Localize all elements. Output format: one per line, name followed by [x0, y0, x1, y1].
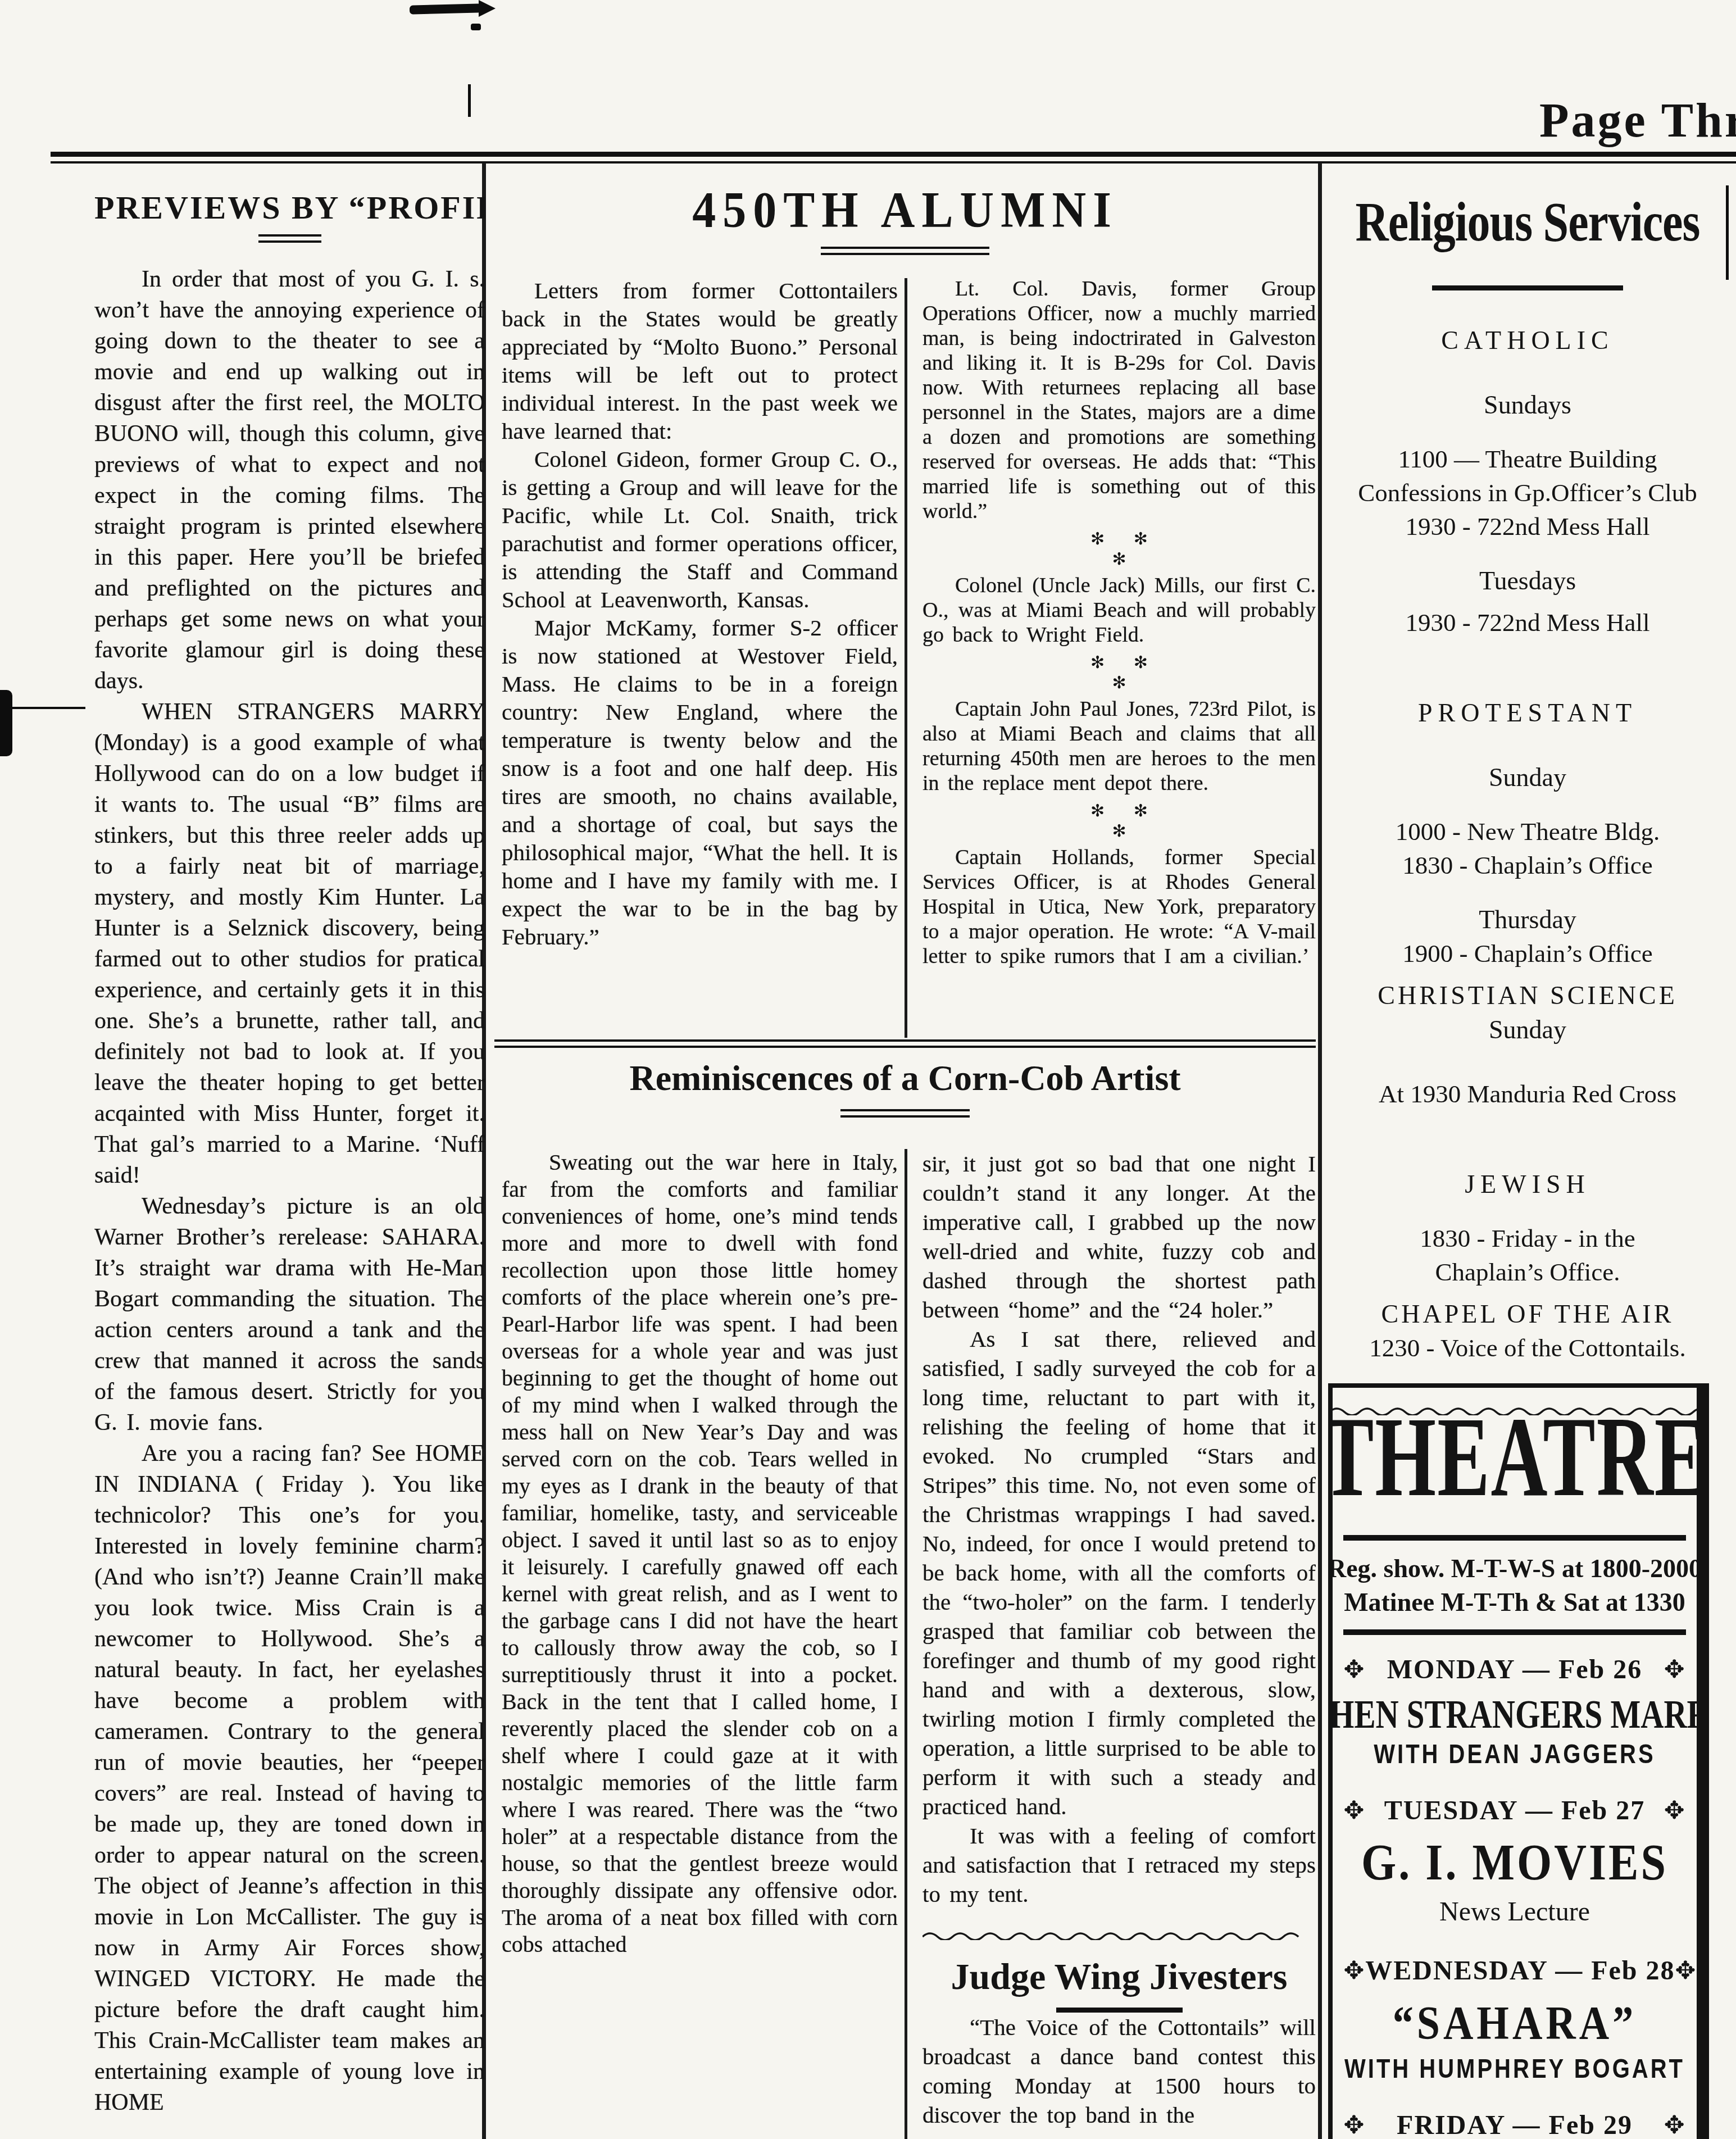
religious-day: Sunday — [1329, 762, 1726, 792]
previews-paragraph: Wednesday’s picture is an old Warner Bro… — [94, 1191, 485, 1438]
show-film: “WHEN STRANGERS MARRY” — [1328, 1692, 1709, 1737]
religious-section-heading: PROTESTANT — [1329, 698, 1726, 728]
show-day-row: ✥ WEDNESDAY — Feb 28 ✥ — [1343, 1955, 1685, 1986]
alumni-paragraph: Captain Hollands, former Special Service… — [922, 845, 1316, 969]
star-separator: ✻ ✻ ✻ — [922, 653, 1316, 693]
previews-title-underline — [258, 234, 321, 243]
judge-paragraph: “The Voice of the Cottontails” will broa… — [922, 2013, 1316, 2129]
alumni-column-left: Letters from former Cottontailers back i… — [502, 276, 898, 1036]
alumni-paragraph: Major McKamy, former S-2 officer is now … — [502, 614, 898, 951]
religious-line: 1830 - Chaplain’s Office — [1329, 851, 1726, 880]
page-number-title: Page Three — [1539, 92, 1736, 148]
show-film: “SAHARA” — [1393, 1996, 1637, 2051]
religious-line: Chaplain’s Office. — [1329, 1257, 1726, 1287]
reminiscences-title: Reminiscences of a Corn-Cob Artist — [494, 1057, 1316, 1099]
religious-day: Tuesdays — [1329, 566, 1726, 596]
religious-section-heading: CATHOLIC — [1329, 325, 1726, 355]
judge-title-underline — [1056, 2008, 1183, 2013]
ink-smudge — [410, 3, 481, 14]
cross-ornament-icon: ✥ — [1343, 2111, 1365, 2139]
ink-speck — [471, 24, 481, 30]
show-day: WEDNESDAY — Feb 28 — [1365, 1955, 1675, 1986]
religious-line: 1930 - 722nd Mess Hall — [1329, 512, 1726, 541]
show-day: FRIDAY — Feb 29 — [1365, 2110, 1664, 2139]
religious-section-heading: CHAPEL OF THE AIR — [1329, 1299, 1726, 1329]
theatre-rule — [1343, 1629, 1685, 1635]
religious-day: Thursday — [1329, 905, 1726, 934]
ink-tick — [468, 84, 471, 117]
reminiscences-paragraph: Sweating out the war here in Italy, far … — [502, 1149, 898, 1958]
religious-line: 1000 - New Theatre Bldg. — [1329, 817, 1726, 846]
alumni-column-right: Lt. Col. Davis, former Group Operations … — [922, 276, 1316, 1036]
show-cast: WITH DEAN JAGGERS — [1374, 1740, 1655, 1770]
theatre-box: THEATRE Reg. show. M-T-W-S at 1800-2000 … — [1328, 1383, 1709, 2139]
alumni-paragraph: Colonel (Uncle Jack) Mills, our first C.… — [922, 573, 1316, 647]
star-single: ✻ — [922, 549, 1316, 570]
header-rule — [51, 152, 1736, 164]
star-separator: ✻ ✻ ✻ — [922, 529, 1316, 570]
show-film: G. I. MOVIES — [1361, 1833, 1668, 1892]
religious-column: Religious Services CATHOLIC Sundays 1100… — [1329, 190, 1726, 1415]
ink-dash-left-margin — [0, 707, 85, 709]
cross-ornament-icon: ✥ — [1664, 2111, 1686, 2139]
star-row: ✻ ✻ — [922, 801, 1316, 821]
religious-line: 1830 - Friday - in the — [1329, 1224, 1726, 1253]
religious-line: 1100 — Theatre Building — [1329, 444, 1726, 474]
religious-line: 1230 - Voice of the Cottontails. — [1329, 1333, 1726, 1363]
alumni-paragraph: Lt. Col. Davis, former Group Operations … — [922, 276, 1316, 524]
alumni-paragraph: Captain John Paul Jones, 723rd Pilot, is… — [922, 697, 1316, 796]
alumni-heading-block: 450TH ALUMNI — [494, 181, 1316, 255]
alumni-paragraph: Colonel Gideon, former Group C. O., is g… — [502, 445, 898, 614]
reminiscences-paragraph: As I sat there, relieved and satisfied, … — [922, 1324, 1316, 1821]
cross-ornament-icon: ✥ — [1343, 1956, 1365, 1985]
reminiscences-paragraph: sir, it just got so bad that one night I… — [922, 1149, 1316, 1324]
wavy-divider — [922, 1931, 1316, 1940]
show-day-row: ✥ TUESDAY — Feb 27 ✥ — [1343, 1795, 1685, 1826]
cross-ornament-icon: ✥ — [1343, 1796, 1365, 1825]
reminiscences-paragraph: It was with a feeling of comfort and sat… — [922, 1821, 1316, 1909]
religious-line: 1900 - Chaplain’s Office — [1329, 939, 1726, 968]
theatre-title: THEATRE — [1328, 1397, 1708, 1519]
religious-line: Confessions in Gp.Officer’s Club — [1329, 478, 1726, 507]
judge-title: Judge Wing Jivesters — [922, 1956, 1316, 1999]
alumni-paragraph: Letters from former Cottontailers back i… — [502, 276, 898, 445]
show-cast: WITH HUMPHREY BOGART — [1344, 2054, 1685, 2084]
previews-paragraph: WHEN STRANGERS MARRY (Monday) is a good … — [94, 697, 485, 1191]
theatre-schedule: Matinee M-T-Th & Sat at 1330 — [1344, 1587, 1685, 1618]
previews-title: PREVIEWS BY “PROFILE” — [94, 189, 485, 226]
religious-title-rule — [1432, 285, 1623, 290]
religious-section-heading: JEWISH — [1329, 1169, 1726, 1199]
theatre-schedule: Reg. show. M-T-W-S at 1800-2000 — [1328, 1553, 1702, 1584]
reminiscences-column-left: Sweating out the war here in Italy, far … — [502, 1149, 898, 2139]
alumni-title: 450TH ALUMNI — [494, 181, 1316, 240]
star-single: ✻ — [922, 673, 1316, 693]
newspaper-page: Page Three PREVIEWS BY “PROFILE” In orde… — [0, 0, 1736, 2139]
subcolumn-divider-reminiscences — [905, 1149, 907, 2139]
show-day-row: ✥ MONDAY — Feb 26 ✥ — [1343, 1654, 1685, 1685]
cross-ornament-icon: ✥ — [1675, 1956, 1697, 1985]
alumni-title-underline — [821, 247, 989, 255]
theatre-rule — [1343, 1535, 1685, 1541]
ink-edge-mark — [1726, 185, 1729, 280]
cross-ornament-icon: ✥ — [1343, 1655, 1365, 1684]
alumni-end-rule — [494, 1039, 1316, 1048]
column-divider-right — [1318, 163, 1322, 2139]
ink-smudge-arrowhead — [479, 0, 496, 17]
previews-article: PREVIEWS BY “PROFILE” In order that most… — [94, 189, 485, 2139]
previews-paragraph: Are you a racing fan? See HOME IN INDIAN… — [94, 1438, 485, 2118]
reminiscences-column-right: sir, it just got so bad that one night I… — [922, 1149, 1316, 2139]
star-row: ✻ ✻ — [922, 529, 1316, 549]
ink-blob-left-edge — [0, 690, 12, 756]
religious-section-heading: CHRISTIAN SCIENCE — [1329, 980, 1726, 1010]
star-separator: ✻ ✻ ✻ — [922, 801, 1316, 842]
show-cast: News Lecture — [1439, 1896, 1590, 1927]
show-day: TUESDAY — Feb 27 — [1365, 1795, 1664, 1826]
religious-day: Sundays — [1329, 390, 1726, 420]
previews-paragraph: In order that most of you G. I. s. won’t… — [94, 264, 485, 697]
religious-line: 1930 - 722nd Mess Hall — [1329, 608, 1726, 637]
religious-line: At 1930 Manduria Red Cross — [1329, 1079, 1726, 1109]
star-single: ✻ — [922, 821, 1316, 842]
star-row: ✻ ✻ — [922, 653, 1316, 673]
reminiscences-title-underline — [840, 1109, 970, 1118]
subcolumn-divider-alumni — [905, 278, 907, 1038]
religious-title: Religious Services — [1329, 190, 1726, 255]
religious-day: Sunday — [1329, 1015, 1726, 1044]
show-day-row: ✥ FRIDAY — Feb 29 ✥ — [1343, 2110, 1685, 2139]
reminiscences-heading-block: Reminiscences of a Corn-Cob Artist — [494, 1057, 1316, 1118]
show-day: MONDAY — Feb 26 — [1365, 1654, 1664, 1685]
cross-ornament-icon: ✥ — [1664, 1655, 1686, 1684]
cross-ornament-icon: ✥ — [1664, 1796, 1686, 1825]
